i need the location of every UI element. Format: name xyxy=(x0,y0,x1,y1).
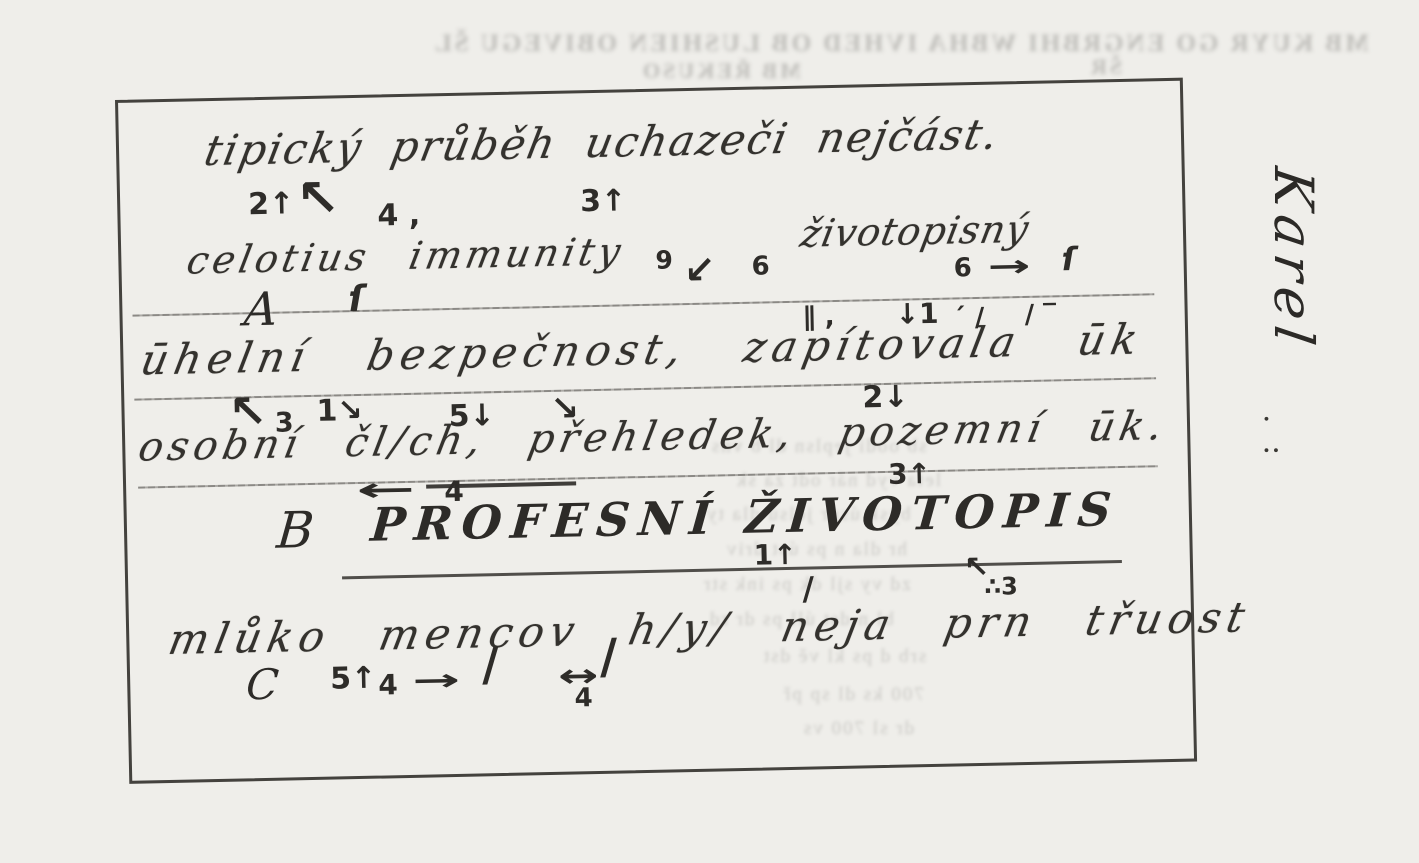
margin-name-karel: Karel xyxy=(1266,164,1320,354)
correction-mark: 4 xyxy=(444,478,464,506)
bleed-through-text: MB ŘEKUSO xyxy=(640,58,801,84)
tick-mark: ſ xyxy=(348,282,364,318)
correction-mark: 1↘ xyxy=(316,396,363,427)
arrow-up-left-icon: ↖ xyxy=(296,172,341,225)
handwriting-line-3: ūhelní bezpečnost, zapítovala ūk xyxy=(137,315,1148,384)
scanned-document: MB KUYR GO ENGRBHI WBHA IVHED OB LUSHIEN… xyxy=(0,0,1419,863)
tick-mark: ſ xyxy=(1061,243,1076,275)
correction-mark: ∥ , xyxy=(802,304,834,331)
slash-mark: / xyxy=(802,572,814,604)
correction-mark: 2↑ xyxy=(248,189,295,220)
arrow-left-icon: ← xyxy=(356,473,416,506)
heading-profesni-zivotopis: PROFESNÍ ŽIVOTOPIS xyxy=(369,486,1122,548)
arrow-up-left-icon: ↖ xyxy=(228,388,268,435)
arrow-right-icon: → xyxy=(987,252,1030,283)
handwriting-line-5: mlůko mencov h/y/ neja prn třuost xyxy=(165,593,1255,664)
correction-mark: 6 xyxy=(953,255,972,281)
bleed-through-text: ŠR xyxy=(1088,54,1122,80)
section-label-b: B xyxy=(275,505,316,556)
correction-mark: 5↓ xyxy=(448,401,495,432)
correction-mark: 3↑ xyxy=(888,460,932,489)
ruled-underline xyxy=(132,293,1154,316)
correction-mark: 3↑ xyxy=(580,186,627,217)
arrow-right-icon: → xyxy=(412,666,460,697)
correction-mark: 4 , xyxy=(377,201,420,232)
slash-mark: / xyxy=(599,633,618,681)
margin-dots: . : xyxy=(1257,414,1292,461)
correction-mark: / ‾ xyxy=(1024,301,1056,328)
handwriting-line-2-left: celotius immunity xyxy=(183,230,628,283)
correction-mark: ´ / xyxy=(952,305,984,332)
correction-mark: 4 xyxy=(378,671,398,699)
handwriting-line-1: tipický průběh uchazeči nejčást. xyxy=(200,110,1003,175)
arrow-down-left-icon: ↙ xyxy=(683,250,716,289)
section-label-c: C xyxy=(245,664,281,707)
section-label-a: A xyxy=(242,286,279,333)
arrow-down-right-icon: ↘ xyxy=(550,391,579,426)
correction-mark: 5↑ xyxy=(330,664,377,695)
handwritten-note-card: tipický průběh uchazeči nejčást. celotiu… xyxy=(115,78,1197,784)
correction-mark: 4 xyxy=(574,685,593,711)
correction-mark: 3 xyxy=(275,409,294,436)
correction-mark: ↓1 xyxy=(895,300,939,329)
slash-mark: / xyxy=(481,641,499,687)
bleed-through-text: MB KUYR GO ENGRBHI WBHA IVHED OB LUSHIEN… xyxy=(432,30,1369,58)
correction-mark: 1↑ xyxy=(753,541,797,570)
correction-mark: 6 xyxy=(751,253,770,279)
correction-mark: 9 xyxy=(655,247,673,272)
correction-mark: ∴3 xyxy=(984,574,1018,599)
correction-mark: 2↓ xyxy=(862,382,909,413)
